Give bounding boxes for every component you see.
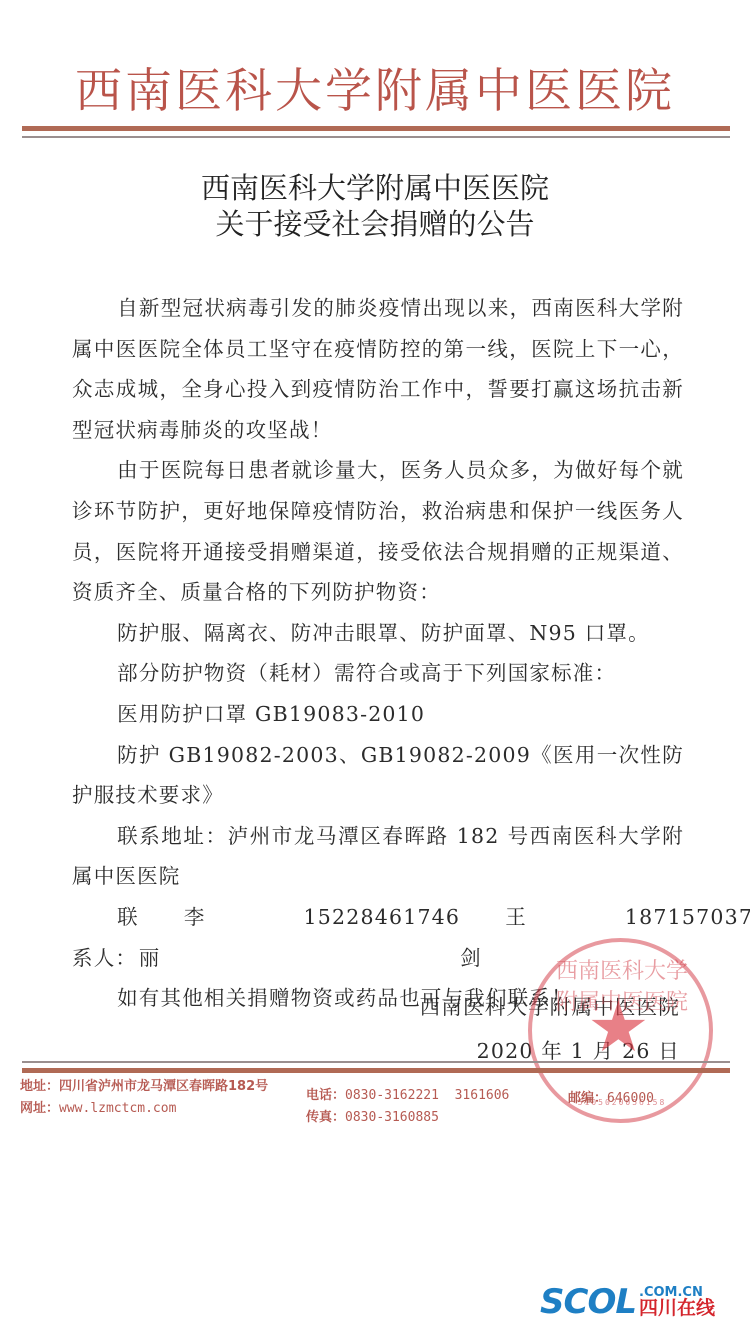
contact-person1-name: 李丽	[139, 897, 206, 978]
footer-left: 地址：四川省泸州市龙马潭区春晖路182号 网址：www.lzmctcm.com	[20, 1076, 268, 1120]
contact-person1-phone[interactable]: 15228461746	[258, 897, 460, 978]
scol-logo-name: 四川在线	[639, 1299, 715, 1318]
footer-rule-thin	[22, 1061, 730, 1063]
footer-fax-label: 传真：	[306, 1110, 345, 1125]
footer-rule-thick	[22, 1068, 730, 1073]
footer-fax-value: 0830-3160885	[345, 1110, 439, 1125]
contact-persons: 联系人： 李丽 15228461746 王剑 18715703706	[72, 897, 684, 978]
scol-logo-text: .COM.CN 四川在线	[639, 1286, 715, 1318]
footer-website: 网址：www.lzmctcm.com	[20, 1098, 268, 1120]
signature-date: 2020 年 1 月 26 日	[477, 1034, 680, 1064]
items-line: 防护服、隔离衣、防冲击眼罩、防护面罩、N95 口罩。	[72, 613, 684, 654]
notice-body: 自新型冠状病毒引发的肺炎疫情出现以来，西南医科大学附属中医医院全体员工坚守在疫情…	[72, 288, 684, 1019]
footer-postcode: 邮编：646000	[568, 1088, 654, 1110]
letterhead-title: 西南医科大学附属中医医院	[0, 62, 750, 122]
footer-website-label: 网址：	[20, 1101, 59, 1116]
footer-address: 地址：四川省泸州市龙马潭区春晖路182号	[20, 1076, 268, 1098]
footer-phone: 电话：0830-3162221 3161606	[306, 1085, 509, 1107]
notice-title-line2: 关于接受社会捐赠的公告	[0, 206, 750, 242]
signature-org: 西南医科大学附属中医医院	[420, 990, 680, 1020]
letterhead-rule-thin	[22, 136, 730, 138]
footer-website-link[interactable]: www.lzmctcm.com	[59, 1101, 176, 1116]
paragraph-intro: 自新型冠状病毒引发的肺炎疫情出现以来，西南医科大学附属中医医院全体员工坚守在疫情…	[72, 288, 684, 450]
standards-intro: 部分防护物资（耗材）需符合或高于下列国家标准：	[72, 653, 684, 694]
footer-address-value: 四川省泸州市龙马潭区春晖路182号	[59, 1079, 268, 1094]
notice-title: 西南医科大学附属中医医院 关于接受社会捐赠的公告	[0, 170, 750, 242]
scol-logo-mark: SCOL	[540, 1282, 636, 1322]
standard-mask: 医用防护口罩 GB19083-2010	[72, 694, 684, 735]
contact-address: 联系地址：泸州市龙马潭区春晖路 182 号西南医科大学附属中医医院	[72, 816, 684, 897]
footer-address-label: 地址：	[20, 1079, 59, 1094]
paragraph-donation-channel: 由于医院每日患者就诊量大，医务人员众多，为做好每个就诊环节防护，更好地保障疫情防…	[72, 450, 684, 612]
footer-middle: 电话：0830-3162221 3161606 传真：0830-3160885	[306, 1085, 509, 1129]
footer-phone-value: 0830-3162221 3161606	[345, 1088, 509, 1103]
standard-gown: 防护 GB19082-2003、GB19082-2009《医用一次性防护服技术要…	[72, 735, 684, 816]
letterhead-rule-thick	[22, 126, 730, 131]
scol-watermark-logo: SCOL .COM.CN 四川在线	[540, 1282, 715, 1322]
footer-postcode-label: 邮编：	[568, 1091, 607, 1106]
footer-phone-label: 电话：	[306, 1088, 345, 1103]
contact-person2-name: 王剑	[460, 897, 527, 978]
contact-label: 联系人：	[72, 897, 139, 978]
notice-title-line1: 西南医科大学附属中医医院	[0, 170, 750, 206]
footer-postcode-value: 646000	[607, 1091, 654, 1106]
footer-fax: 传真：0830-3160885	[306, 1107, 509, 1129]
contact-person2-phone[interactable]: 18715703706	[580, 897, 750, 978]
